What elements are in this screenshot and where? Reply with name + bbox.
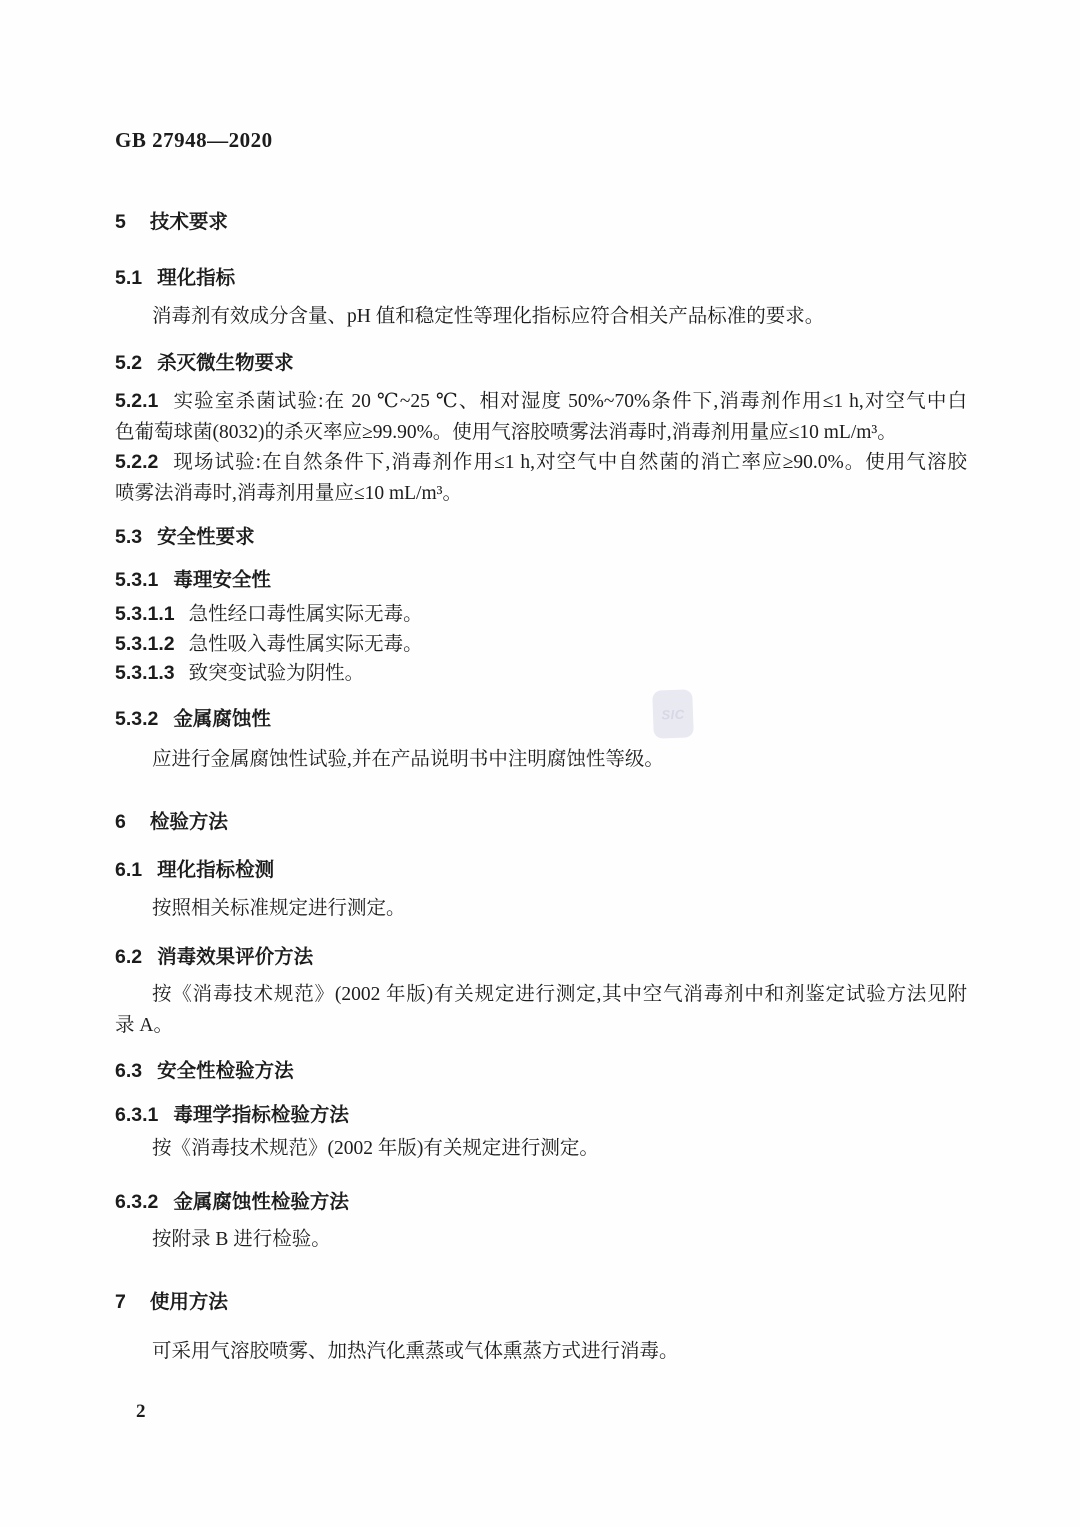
clause-number: 5.3.1.1 (115, 603, 175, 625)
paragraph-text: 急性吸入毒性属实际无毒。 (189, 634, 423, 655)
paragraph-text: 按附录 B 进行检验。 (152, 1224, 967, 1255)
heading-5-2: 5.2杀灭微生物要求 (115, 347, 294, 375)
paragraph-text: 色葡萄球菌(8032)的杀灭率应≥99.90%。使用气溶胶喷雾法消毒时,消毒剂用… (115, 417, 967, 448)
heading-6-2: 6.2消毒效果评价方法 (115, 941, 313, 969)
clause-number: 6.2 (115, 946, 142, 969)
clause-number: 5.2 (115, 352, 142, 375)
paragraph-5-2-2: 5.2.2现场试验:在自然条件下,消毒剂作用≤1 h,对空气中自然菌的消亡率应≥… (115, 447, 967, 509)
heading-5-3: 5.3安全性要求 (115, 521, 255, 549)
clause-title: 安全性检验方法 (157, 1060, 294, 1082)
watermark-text: SIC (661, 706, 685, 722)
clause-title: 使用方法 (150, 1291, 228, 1313)
paragraph-6-3-1: 按《消毒技术规范》(2002 年版)有关规定进行测定。 (152, 1133, 967, 1164)
paragraph-5-3-2: 应进行金属腐蚀性试验,并在产品说明书中注明腐蚀性等级。 (152, 744, 967, 775)
clause-title: 毒理学指标检验方法 (173, 1104, 349, 1126)
paragraph-text: 消毒剂有效成分含量、pH 值和稳定性等理化指标应符合相关产品标准的要求。 (152, 301, 967, 332)
paragraph-5-2-1: 5.2.1实验室杀菌试验:在 20 ℃~25 ℃、相对湿度 50%~70%条件下… (115, 386, 967, 448)
clause-number: 7 (115, 1291, 126, 1314)
clause-number: 6.3.2 (115, 1191, 158, 1214)
heading-6-3: 6.3安全性检验方法 (115, 1055, 294, 1083)
paragraph-6-2: 按《消毒技术规范》(2002 年版)有关规定进行测定,其中空气消毒剂中和剂鉴定试… (115, 979, 967, 1041)
clause-title: 安全性要求 (157, 526, 255, 548)
clause-number: 5.3.1.2 (115, 633, 175, 655)
paragraph-6-3-2: 按附录 B 进行检验。 (152, 1224, 967, 1255)
paragraph-text: 喷雾法消毒时,消毒剂用量应≤10 mL/m³。 (115, 478, 967, 509)
heading-5-3-1: 5.3.1毒理安全性 (115, 564, 271, 592)
clause-title: 理化指标 (157, 267, 235, 289)
clause-title: 检验方法 (150, 811, 228, 833)
clause-number: 5.3.1.3 (115, 662, 175, 684)
clause-number: 5 (115, 211, 126, 234)
clause-title: 杀灭微生物要求 (157, 352, 294, 374)
paragraph-5-1: 消毒剂有效成分含量、pH 值和稳定性等理化指标应符合相关产品标准的要求。 (152, 301, 967, 332)
paragraph-5-3-1-1: 5.3.1.1急性经口毒性属实际无毒。 (115, 599, 967, 630)
document-page: GB 27948—2020 5技术要求 5.1理化指标 消毒剂有效成分含量、pH… (0, 0, 1080, 1527)
paragraph-text: 可采用气溶胶喷雾、加热汽化熏蒸或气体熏蒸方式进行消毒。 (152, 1336, 967, 1367)
clause-title: 技术要求 (150, 211, 228, 233)
heading-5-1: 5.1理化指标 (115, 262, 235, 290)
page-number: 2 (136, 1401, 146, 1423)
paragraph-text: 按《消毒技术规范》(2002 年版)有关规定进行测定,其中空气消毒剂中和剂鉴定试… (115, 979, 967, 1010)
clause-number: 5.2.2 (115, 451, 158, 473)
paragraph-text: 致突变试验为阴性。 (189, 663, 365, 684)
watermark-logo: SIC (652, 689, 694, 738)
heading-5-3-2: 5.3.2金属腐蚀性 (115, 703, 271, 731)
paragraph-7: 可采用气溶胶喷雾、加热汽化熏蒸或气体熏蒸方式进行消毒。 (152, 1336, 967, 1367)
paragraph-text: 按照相关标准规定进行测定。 (152, 893, 967, 924)
paragraph-text: 按《消毒技术规范》(2002 年版)有关规定进行测定。 (152, 1133, 967, 1164)
clause-number: 6.3.1 (115, 1104, 158, 1127)
clause-number: 6.1 (115, 859, 142, 882)
heading-7: 7使用方法 (115, 1286, 228, 1314)
paragraph-5-3-1-2: 5.3.1.2急性吸入毒性属实际无毒。 (115, 629, 967, 660)
heading-6-3-2: 6.3.2金属腐蚀性检验方法 (115, 1186, 349, 1214)
paragraph-text: 应进行金属腐蚀性试验,并在产品说明书中注明腐蚀性等级。 (152, 744, 967, 775)
paragraph-text: 急性经口毒性属实际无毒。 (189, 604, 423, 625)
clause-number: 5.2.1 (115, 390, 158, 412)
clause-title: 消毒效果评价方法 (157, 946, 313, 968)
paragraph-6-1: 按照相关标准规定进行测定。 (152, 893, 967, 924)
heading-6-1: 6.1理化指标检测 (115, 854, 274, 882)
clause-number: 5.3.2 (115, 708, 158, 731)
paragraph-5-3-1-3: 5.3.1.3致突变试验为阴性。 (115, 658, 967, 689)
doc-code-header: GB 27948—2020 (115, 128, 273, 153)
heading-6: 6检验方法 (115, 806, 228, 834)
paragraph-text: 现场试验:在自然条件下,消毒剂作用≤1 h,对空气中自然菌的消亡率应≥90.0%… (172, 452, 967, 473)
clause-number: 6.3 (115, 1060, 142, 1083)
paragraph-text: 实验室杀菌试验:在 20 ℃~25 ℃、相对湿度 50%~70%条件下,消毒剂作… (172, 391, 967, 412)
clause-number: 5.1 (115, 267, 142, 290)
clause-title: 金属腐蚀性 (173, 708, 271, 730)
clause-number: 6 (115, 811, 126, 834)
clause-number: 5.3.1 (115, 569, 158, 592)
clause-title: 理化指标检测 (157, 859, 274, 881)
heading-6-3-1: 6.3.1毒理学指标检验方法 (115, 1099, 349, 1127)
heading-5: 5技术要求 (115, 206, 228, 234)
paragraph-text: 录 A。 (115, 1010, 967, 1041)
clause-title: 毒理安全性 (173, 569, 271, 591)
clause-number: 5.3 (115, 526, 142, 549)
clause-title: 金属腐蚀性检验方法 (173, 1191, 349, 1213)
